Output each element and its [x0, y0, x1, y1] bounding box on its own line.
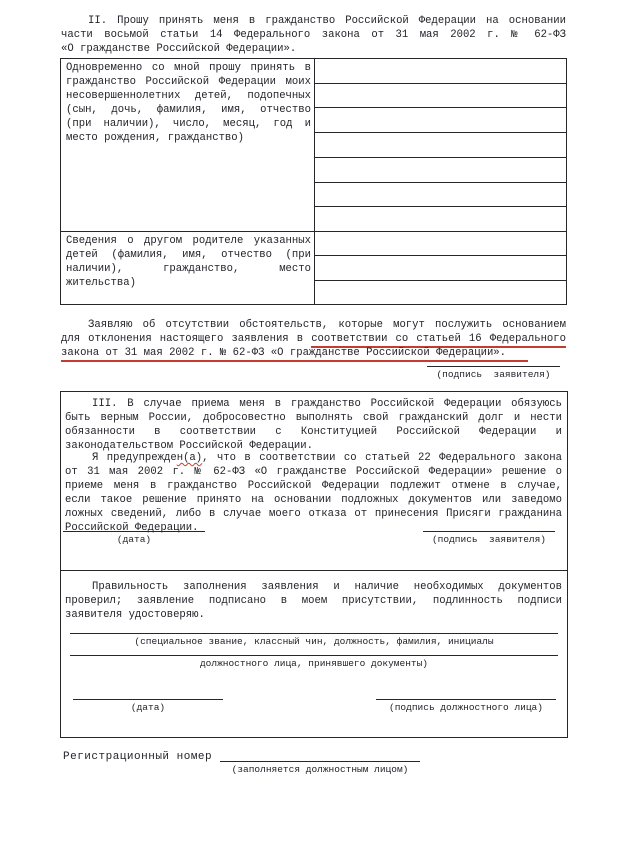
children-request-label-cell: Одновременно со мной прошу принять в гра…	[61, 59, 315, 231]
text-line: приеме меня в гражданство Российской Фед…	[65, 479, 562, 493]
text-line: Сведения о другом родителе указанных	[66, 234, 311, 248]
text-line: закона от 31 мая 2002 г. № 62-ФЗ «О граж…	[61, 346, 566, 360]
section-divider	[61, 570, 567, 571]
blank-entry-row	[315, 232, 566, 256]
red-underlined-text: закона от 31 мая 2002 г. № 62-ФЗ «О граж…	[61, 347, 528, 362]
official-info-caption-1: (специальное звание, классный чин, должн…	[61, 636, 567, 647]
text-line: проверил; заявление подписано в моем при…	[65, 594, 562, 608]
text-line: место рождения, гражданство)	[66, 131, 311, 145]
blank-entry-row	[315, 108, 566, 133]
warning-paragraph: Я предупрежден(а), что в соответствии со…	[65, 451, 562, 535]
statement-text: для отклонения настоящего заявления в	[61, 333, 311, 345]
text-line: (при наличии), число, месяц, год и	[66, 117, 311, 131]
children-table: Одновременно со мной прошу принять в гра…	[60, 58, 567, 305]
registration-number-label: Регистрационный номер	[63, 750, 212, 764]
blank-entry-row	[315, 133, 566, 158]
text-line: обязанности в соответствии с Конституцие…	[65, 425, 562, 439]
registration-number-caption: (заполняется должностным лицом)	[220, 762, 420, 775]
date-block: (дата)	[63, 531, 205, 545]
text-line: заявителя удостоверяю.	[65, 608, 562, 622]
text-line: Заявляю об отсутствии обстоятельств, кот…	[61, 318, 566, 332]
text-line: детей (фамилия, имя, отчество (при	[66, 248, 311, 262]
registration-number-block: (заполняется должностным лицом)	[220, 761, 420, 775]
no-obstacles-statement: Заявляю об отсутствии обстоятельств, кот…	[61, 318, 566, 360]
warning-text: , что в соответствии со статьей 22 Федер…	[202, 452, 562, 464]
children-row: Одновременно со мной прошу принять в гра…	[61, 59, 566, 232]
text-line: Правильность заполнения заявления и нали…	[65, 580, 562, 594]
text-line: части восьмой статьи 14 Федерального зак…	[61, 28, 566, 42]
blank-entry-row	[315, 183, 566, 208]
official-info-caption-2: должностного лица, принявшего документы)	[61, 658, 567, 669]
blank-entry-row	[315, 158, 566, 183]
text-line: «О гражданстве Российской Федерации».	[61, 42, 566, 56]
official-signature-caption: (подпись должностного лица)	[376, 700, 556, 713]
applicant-signature-caption: (подпись заявителя)	[423, 532, 555, 545]
text-line: ложных сведений, либо в случае моего отк…	[65, 507, 562, 521]
blank-entry-row	[315, 207, 566, 231]
other-parent-row: Сведения о другом родителе указанных дет…	[61, 232, 566, 304]
blank-entry-row	[315, 84, 566, 109]
text-line: жительства)	[66, 276, 311, 290]
applicant-signature-block: (подпись заявителя)	[423, 531, 555, 545]
text-line: от 31 мая 2002 г. № 62-ФЗ «О гражданстве…	[65, 465, 562, 479]
blank-entry-row	[315, 256, 566, 280]
text-line: (сын, дочь, фамилия, имя, отчество	[66, 103, 311, 117]
date-caption: (дата)	[63, 532, 205, 545]
official-signature-block: (подпись должностного лица)	[376, 699, 556, 713]
blank-entry-row	[315, 281, 566, 304]
blank-entry-row	[315, 59, 566, 84]
applicant-signature-caption: (подпись заявителя)	[427, 367, 560, 380]
text-line: III. В случае приема меня в гражданство …	[65, 397, 562, 411]
official-info-line-1	[70, 633, 558, 634]
official-info-line-2	[70, 655, 558, 656]
section-ii-paragraph: II. Прошу принять меня в гражданство Рос…	[61, 14, 566, 56]
text-line: несовершеннолетних детей, подопечных	[66, 89, 311, 103]
other-parent-label-cell: Сведения о другом родителе указанных дет…	[61, 232, 315, 304]
verification-paragraph: Правильность заполнения заявления и нали…	[65, 580, 562, 622]
text-line: II. Прошу принять меня в гражданство Рос…	[61, 14, 566, 28]
text-line: Одновременно со мной прошу принять в	[66, 61, 311, 75]
warning-text: Я предупрежде	[92, 452, 177, 464]
oath-paragraph: III. В случае приема меня в гражданство …	[65, 397, 562, 453]
text-line: быть верным России, добросовестно выполн…	[65, 411, 562, 425]
text-line: наличии), гражданство, место	[66, 262, 311, 276]
spellcheck-underline: н(а)	[177, 452, 202, 464]
children-entries-cell	[315, 59, 566, 231]
date-caption: (дата)	[73, 700, 223, 713]
citizenship-application-page: II. Прошу принять меня в гражданство Рос…	[0, 0, 625, 843]
text-line: гражданство Российской Федерации моих	[66, 75, 311, 89]
other-parent-entries-cell	[315, 232, 566, 304]
applicant-signature-block: (подпись заявителя)	[427, 366, 560, 380]
date-block: (дата)	[73, 699, 223, 713]
text-line: если такое решение принято на основании …	[65, 493, 562, 507]
section-iii-box: III. В случае приема меня в гражданство …	[60, 391, 568, 738]
text-line: Я предупрежден(а), что в соответствии со…	[65, 451, 562, 465]
text-line: для отклонения настоящего заявления в со…	[61, 332, 566, 346]
